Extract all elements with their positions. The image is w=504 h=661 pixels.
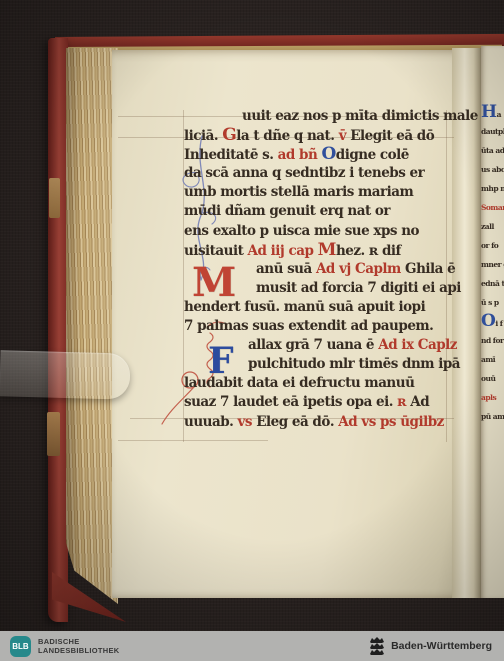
- recto-line: mhp nā: [481, 179, 504, 198]
- recto-line: Ha: [481, 103, 504, 122]
- library-name: BADISCHE LANDESBIBLIOTHEK: [38, 637, 119, 655]
- text-run: uuit eaz nos p mīta dimictis male: [242, 108, 478, 124]
- state-branding[interactable]: Baden-Württemberg: [369, 637, 492, 655]
- text-run: ens exalto p uisca mie sue xps no: [184, 223, 419, 239]
- photo-background: Hadautplūta adus abomhp nāSomarzallor fo…: [0, 0, 504, 631]
- baden-wuerttemberg-lions-icon: [369, 637, 385, 655]
- text-run: or fo: [481, 241, 498, 250]
- manuscript-line: uuuab. vs Eleg eā dō. Ad vs ps ūgilbz: [184, 413, 452, 432]
- text-run: da scā anna q sedntibz i tenebs er: [184, 165, 424, 181]
- text-run: us abo: [481, 165, 504, 174]
- recto-line: zall: [481, 217, 504, 236]
- text-run: 7 palmas suas extendit ad paupem.: [184, 318, 433, 334]
- clasp-remnant: [49, 178, 60, 218]
- recto-line: dautpl: [481, 122, 504, 141]
- text-run: uuuab.: [184, 414, 238, 430]
- page-holding-strap: [0, 350, 131, 399]
- recto-line: Oi f: [481, 312, 504, 331]
- text-run: Ghila ē: [405, 261, 455, 277]
- text-run: Ad: [406, 394, 429, 410]
- text-run: Inheditatē s.: [184, 147, 278, 163]
- clasp-remnant: [47, 412, 60, 456]
- manuscript-recto-sliver: Hadautplūta adus abomhp nāSomarzallor fo…: [481, 46, 504, 598]
- text-run: ūta ad: [481, 146, 504, 155]
- text-run: vs: [238, 414, 257, 430]
- text-run: ad bñ: [278, 147, 322, 163]
- text-run: G: [222, 125, 236, 145]
- page-fore-edge-stack: [66, 48, 118, 604]
- manuscript-line: uuit eaz nos p mīta dimictis male: [184, 107, 452, 126]
- manuscript-line: umb mortis stellā maris mariam: [184, 183, 452, 202]
- book-gutter: [452, 48, 482, 598]
- text-run: la t dñe q nat.: [236, 128, 338, 144]
- text-run: liciā.: [184, 128, 222, 144]
- blb-logo[interactable]: BLB: [10, 636, 31, 657]
- recto-line: apls: [481, 388, 504, 407]
- manuscript-line: suaz 7 laudet eā ipetis opa ei. ʀ Ad: [184, 393, 452, 412]
- manuscript-text-block: M F uuit eaz nos p mīta dimictis malelic…: [184, 107, 452, 432]
- text-run: ouū: [481, 374, 495, 383]
- text-run: ednā t: [481, 279, 504, 288]
- manuscript-line: liciā. Gla t dñe q nat. v̄ Elegit eā dō: [184, 126, 452, 145]
- library-branding: BLB BADISCHE LANDESBIBLIOTHEK: [10, 636, 119, 657]
- digitized-manuscript-page: Hadautplūta adus abomhp nāSomarzallor fo…: [0, 0, 504, 661]
- recto-line: us abo: [481, 160, 504, 179]
- text-run: nd for: [481, 336, 504, 345]
- text-run: a: [497, 110, 501, 119]
- text-run: hez. ʀ dif: [336, 243, 401, 259]
- text-run: umb mortis stellā maris mariam: [184, 184, 413, 200]
- recto-text-column: Hadautplūta adus abomhp nāSomarzallor fo…: [481, 46, 504, 426]
- text-run: allax grā 7 uana ē: [248, 337, 378, 353]
- library-name-line1: BADISCHE: [38, 637, 119, 646]
- text-run: Ad vj Caplm: [316, 261, 405, 277]
- text-run: musit ad forcia 7 digiti ei api: [256, 280, 461, 296]
- recto-line: ednā t: [481, 274, 504, 293]
- manuscript-line: Inheditatē s. ad bñ Odigne colē: [184, 145, 452, 164]
- library-name-line2: LANDESBIBLIOTHEK: [38, 646, 119, 655]
- text-run: v̄: [339, 128, 351, 144]
- text-run: O: [321, 144, 335, 164]
- decorated-initial-f: F: [208, 343, 233, 379]
- text-run: Ad iij cap: [248, 243, 318, 259]
- text-run: M: [318, 240, 336, 260]
- text-run: mūdi dñam genuit erq nat or: [184, 203, 390, 219]
- text-run: uisitauit: [184, 243, 248, 259]
- text-run: suaz 7 laudet eā ipetis opa ei.: [184, 394, 397, 410]
- text-run: ū s p: [481, 298, 499, 307]
- manuscript-line: da scā anna q sedntibz i tenebs er: [184, 164, 452, 183]
- manuscript-line: 7 palmas suas extendit ad paupem.: [184, 317, 452, 336]
- recto-line: Somar: [481, 198, 504, 217]
- text-run: Somar: [481, 203, 504, 212]
- text-run: Ad ix Caplz: [378, 337, 457, 353]
- text-run: i f: [495, 319, 502, 328]
- text-run: digne colē: [336, 147, 409, 163]
- recto-line: or fo: [481, 236, 504, 255]
- manuscript-line: uisitauit Ad iij cap Mhez. ʀ dif: [184, 241, 452, 260]
- text-run: mhp nā: [481, 184, 504, 193]
- text-run: amī: [481, 355, 495, 364]
- text-run: Ad vs ps ūgilbz: [338, 414, 444, 430]
- recto-line: ū s p: [481, 293, 504, 312]
- text-run: H: [481, 102, 497, 122]
- text-run: zall: [481, 222, 494, 231]
- text-run: pū am: [481, 412, 504, 421]
- recto-line: nd for: [481, 331, 504, 350]
- text-run: Eleg eā dō.: [256, 414, 338, 430]
- manuscript-line: mūdi dñam genuit erq nat or: [184, 202, 452, 221]
- library-footer-bar: BLB BADISCHE LANDESBIBLIOTHEK Baden-Würt…: [0, 631, 504, 661]
- recto-line: ūta ad: [481, 141, 504, 160]
- text-run: O: [481, 311, 495, 331]
- text-run: dautpl: [481, 127, 504, 136]
- recto-line: pū am: [481, 407, 504, 426]
- manuscript-line: ens exalto p uisca mie sue xps no: [184, 222, 452, 241]
- text-run: mner g: [481, 260, 504, 269]
- recto-line: ouū: [481, 369, 504, 388]
- recto-line: mner g: [481, 255, 504, 274]
- text-run: apls: [481, 393, 496, 402]
- book-cover-left-edge: [48, 38, 68, 622]
- recto-line: amī: [481, 350, 504, 369]
- decorated-initial-m: M: [192, 263, 236, 303]
- text-run: pulchitudo mlr timēs dnm ipā: [248, 356, 460, 372]
- state-label: Baden-Württemberg: [391, 640, 492, 652]
- text-run: Elegit eā dō: [350, 128, 434, 144]
- text-run: ʀ: [397, 394, 406, 410]
- text-run: anū suā: [256, 261, 316, 277]
